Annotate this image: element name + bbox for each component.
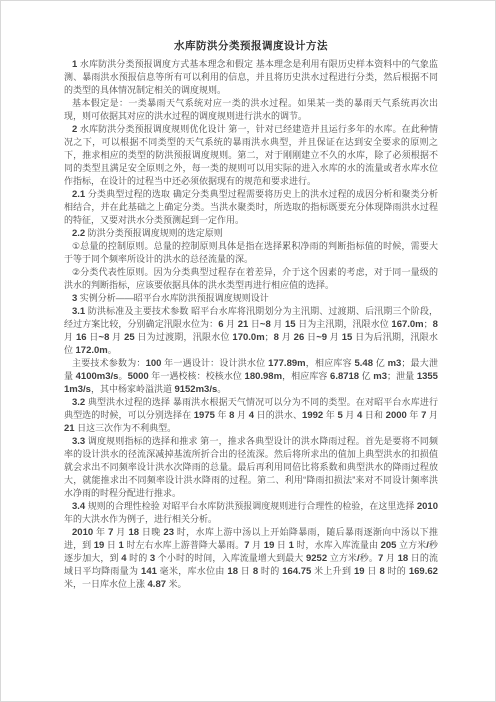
numeric-text: 25: [124, 332, 135, 343]
numeric-text: 1: [289, 540, 294, 551]
numeric-text: 1: [119, 540, 124, 551]
numeric-text: 15: [342, 332, 353, 343]
numeric-text: 5000: [128, 371, 149, 382]
numeric-text: ~8: [260, 319, 271, 330]
numeric-text: 6.8718: [330, 371, 359, 382]
numeric-text: 23: [163, 527, 174, 538]
numeric-text: 18: [227, 566, 238, 577]
paragraph: 3.1 防洪标准及主要技术参数 昭平台水库将汛期划分为主汛期、过渡期、后汛期三个…: [64, 305, 438, 357]
numeric-text: 18: [128, 527, 139, 538]
numeric-text: 1975: [194, 410, 215, 421]
numeric-text: 18: [398, 553, 409, 564]
numeric-text: 167.0m: [391, 319, 423, 330]
numeric-text: 2010: [417, 501, 438, 512]
paragraph: 2 水库防洪分类预报调度规则优化设计 第一，针对已经建造并且运行多年的水库。在此…: [64, 123, 438, 188]
numeric-text: 4.87: [148, 579, 167, 590]
numeric-text: 2: [72, 124, 77, 135]
numeric-text: 19: [354, 566, 365, 577]
numeric-text: 4: [357, 410, 362, 421]
numeric-text: 4100m3/s: [76, 371, 119, 382]
paragraph: ②分类代表性原则。因为分类典型过程存在着差异，介于这个因素的考虑，对于同一量级的…: [64, 266, 438, 292]
numeric-text: 3: [72, 293, 77, 304]
numeric-text: 8: [274, 332, 279, 343]
numeric-text: 5: [337, 410, 342, 421]
paragraph: ①总量的控制原则。总量的控制原则具体是指在选择累积净雨的判断指标值的时候，需要大…: [64, 240, 438, 266]
numeric-text: 8: [379, 566, 384, 577]
paragraph: 主要技术参数为：100 年一遇设计：设计洪水位 177.89m，相应库容 5.4…: [64, 357, 438, 396]
numeric-text: 4: [249, 410, 254, 421]
paragraph: 2.2 防洪分类预报调度规则的选定原则: [64, 227, 438, 240]
paragraph: 基本假定是：一类暴雨天气系统对应一类的洪水过程。如果某一类的暴雨天气系统再次出现…: [64, 97, 438, 123]
numeric-text: 177.89m: [268, 358, 306, 369]
paragraph: 1 水库防洪分类预报调度方式基本理念和假定 基本理念是利用有限历史样本资料中的气…: [64, 58, 438, 97]
numeric-text: 8: [433, 319, 438, 330]
numeric-text: 3.1: [72, 306, 85, 317]
numeric-text: /: [426, 540, 429, 551]
numeric-text: 170.0m: [232, 332, 264, 343]
document-body: 1 水库防洪分类预报调度方式基本理念和假定 基本理念是利用有限历史样本资料中的气…: [64, 58, 438, 591]
paragraph: 2.1 分类典型过程的选取 确定分类典型过程需要将历史上的洪水过程的成因分析和聚…: [64, 188, 438, 227]
numeric-text: /: [357, 553, 360, 564]
numeric-text: 19: [94, 540, 105, 551]
numeric-text: 169.62: [409, 566, 438, 577]
numeric-text: 2.2: [72, 228, 85, 239]
numeric-text: ~9: [316, 332, 327, 343]
numeric-text: 6: [218, 319, 223, 330]
numeric-text: 9152m3/s: [174, 384, 217, 395]
numeric-text: 15: [285, 319, 296, 330]
numeric-text: 3.3: [72, 436, 85, 447]
numeric-text: 3.2: [72, 397, 85, 408]
numeric-text: 8: [253, 566, 258, 577]
numeric-text: 3: [150, 553, 155, 564]
document-page: 水库防洪分类预报调度设计方法 1 水库防洪分类预报调度方式基本理念和假定 基本理…: [0, 0, 496, 702]
numeric-text: 2000: [386, 410, 407, 421]
numeric-text: 164.75: [282, 566, 311, 577]
numeric-text: 5.48: [355, 358, 374, 369]
numeric-text: 2010: [72, 527, 93, 538]
numeric-text: 7: [421, 410, 426, 421]
numeric-text: 3.4: [72, 501, 85, 512]
numeric-text: 180.98m: [245, 371, 283, 382]
numeric-text: 7: [108, 527, 113, 538]
numeric-text: ~8: [99, 332, 110, 343]
numeric-text: m3: [373, 371, 387, 382]
numeric-text: 9252: [306, 553, 327, 564]
numeric-text: 141: [141, 566, 157, 577]
numeric-text: 1992: [302, 410, 323, 421]
numeric-text: 172.0m: [76, 345, 108, 356]
numeric-text: 21: [238, 319, 249, 330]
numeric-text: 2.1: [72, 189, 85, 200]
numeric-text: 1: [72, 59, 77, 70]
numeric-text: 26: [294, 332, 305, 343]
numeric-text: 205: [381, 540, 397, 551]
numeric-text: 8: [229, 410, 234, 421]
document-title: 水库防洪分类预报调度设计方法: [64, 39, 438, 53]
paragraph: 3.2 典型洪水过程的选择 暴雨洪水根据天气情况可以分为不同的类型。在对昭平台水…: [64, 396, 438, 435]
paragraph: 3 实例分析——昭平台水库防洪预报调度规则设计: [64, 292, 438, 305]
numeric-text: 4: [121, 553, 126, 564]
numeric-text: 19: [264, 540, 275, 551]
paragraph: 3.3 调度规则指标的选择和推求 第一，推求各典型设计的洪水降雨过程。首先是要将…: [64, 435, 438, 500]
numeric-text: m3: [388, 358, 402, 369]
numeric-text: 7: [244, 540, 249, 551]
numeric-text: 100: [146, 358, 162, 369]
numeric-text: 7: [378, 553, 383, 564]
numeric-text: 21: [64, 423, 75, 434]
paragraph: 2010 年 7 月 18 日晚 23 时，水库上游中汤以上开始降暴雨，随后暴雨…: [64, 526, 438, 591]
paragraph: 3.4 规则的合理性检验 对昭平台水库防洪预报调度规则进行合理性的检验，在这里选…: [64, 500, 438, 526]
document-content: 水库防洪分类预报调度设计方法 1 水库防洪分类预报调度方式基本理念和假定 基本理…: [64, 39, 438, 591]
numeric-text: 16: [76, 332, 87, 343]
